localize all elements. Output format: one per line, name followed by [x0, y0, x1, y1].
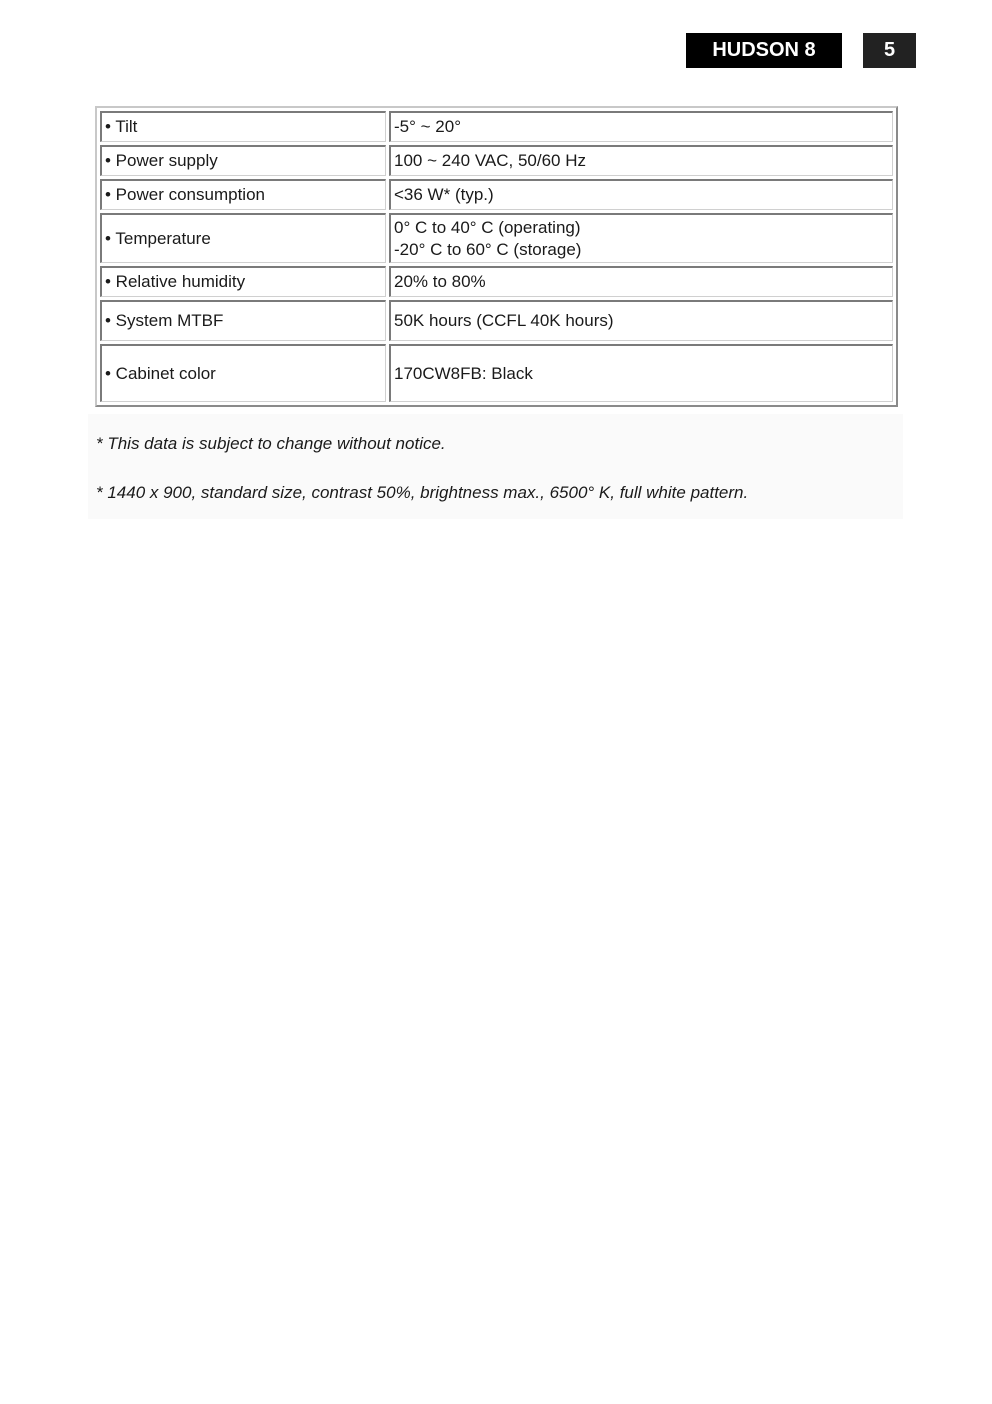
footnote-disclaimer: * This data is subject to change without… — [96, 434, 446, 454]
spec-value-line: -20° C to 60° C (storage) — [394, 239, 889, 261]
spec-label: • System MTBF — [100, 300, 386, 341]
spec-label: • Cabinet color — [100, 344, 386, 402]
spec-label: • Tilt — [100, 111, 386, 142]
specifications-table: • Tilt -5° ~ 20° • Power supply 100 ~ 24… — [95, 106, 898, 407]
table-row: • Relative humidity 20% to 80% — [100, 266, 893, 297]
document-title-badge: HUDSON 8 — [686, 33, 842, 68]
spec-value-line: 50K hours (CCFL 40K hours) — [394, 310, 889, 332]
footnotes-area — [88, 414, 903, 519]
spec-value-line: 100 ~ 240 VAC, 50/60 Hz — [394, 150, 889, 172]
spec-label: • Temperature — [100, 213, 386, 263]
table-row: • Power supply 100 ~ 240 VAC, 50/60 Hz — [100, 145, 893, 176]
spec-value: 0° C to 40° C (operating) -20° C to 60° … — [389, 213, 893, 263]
spec-value-line: <36 W* (typ.) — [394, 184, 889, 206]
spec-value-line: 0° C to 40° C (operating) — [394, 217, 889, 239]
spec-value-line: 20% to 80% — [394, 271, 889, 293]
table-row: • Tilt -5° ~ 20° — [100, 111, 893, 142]
spec-label: • Power supply — [100, 145, 386, 176]
table-row: • Temperature 0° C to 40° C (operating) … — [100, 213, 893, 263]
table-row: • Cabinet color 170CW8FB: Black — [100, 344, 893, 402]
spec-label: • Relative humidity — [100, 266, 386, 297]
spec-value: 170CW8FB: Black — [389, 344, 893, 402]
spec-value: 20% to 80% — [389, 266, 893, 297]
footnote-test-conditions: * 1440 x 900, standard size, contrast 50… — [96, 483, 748, 503]
page-number-badge: 5 — [863, 33, 916, 68]
table-row: • System MTBF 50K hours (CCFL 40K hours) — [100, 300, 893, 341]
spec-label: • Power consumption — [100, 179, 386, 210]
spec-value: 50K hours (CCFL 40K hours) — [389, 300, 893, 341]
spec-value-line: 170CW8FB: Black — [394, 363, 889, 385]
spec-value-line: -5° ~ 20° — [394, 116, 889, 138]
table-row: • Power consumption <36 W* (typ.) — [100, 179, 893, 210]
spec-value: 100 ~ 240 VAC, 50/60 Hz — [389, 145, 893, 176]
spec-value: -5° ~ 20° — [389, 111, 893, 142]
spec-value: <36 W* (typ.) — [389, 179, 893, 210]
